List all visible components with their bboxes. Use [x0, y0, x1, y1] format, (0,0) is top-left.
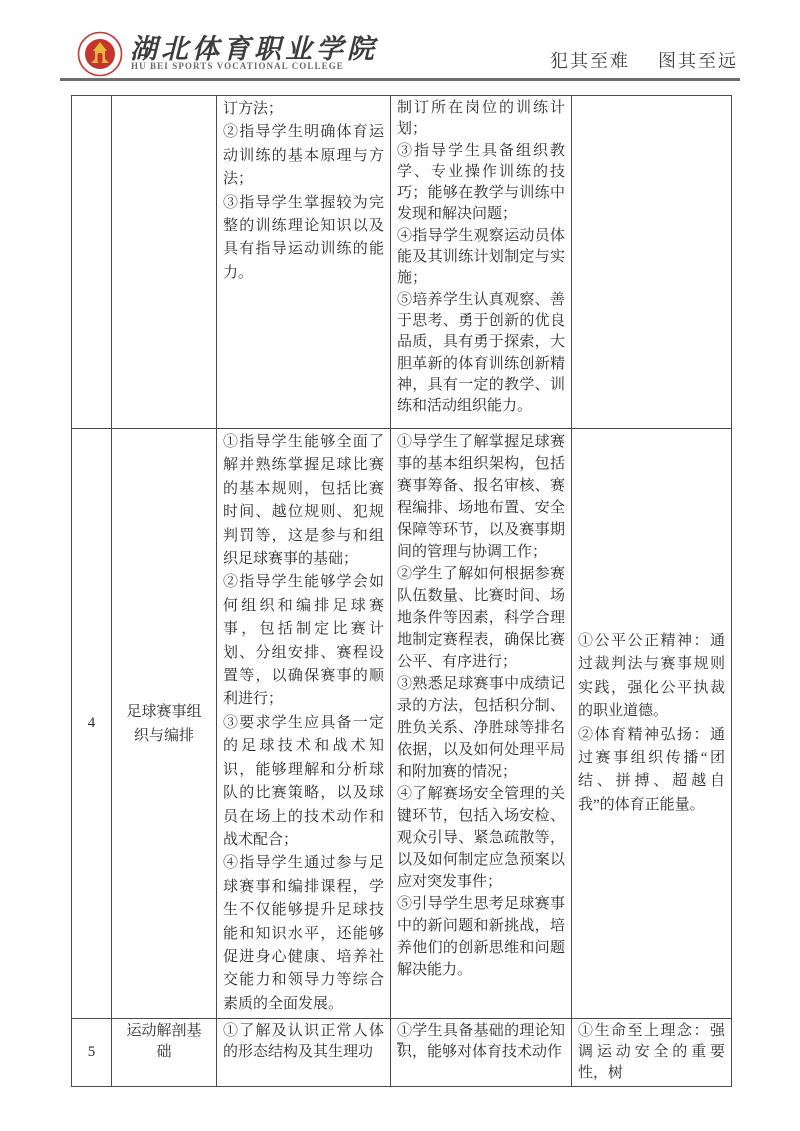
course-number-cell — [72, 96, 112, 429]
header-divider — [60, 78, 740, 81]
college-name-en: HU BEI SPORTS VOCATIONAL COLLEGE — [131, 61, 344, 71]
table-row-course-4: 4 足球赛事组织与编排 ①指导学生能够全面了解并熟练掌握足球比赛的基本规则，包括… — [72, 429, 732, 1019]
table-row-continuation: 订方法；②指导学生明确体育运动训练的基本原理与方法；③指导学生掌握较为完整的训练… — [72, 96, 732, 429]
values-cell: ①公平公正精神：通过裁判法与赛事规则实践，强化公平执裁的职业道德。②体育精神弘扬… — [572, 429, 732, 1019]
objectives-cell: ①指导学生能够全面了解并熟练掌握足球比赛的基本规则，包括比赛时间、越位规则、犯规… — [217, 429, 391, 1019]
college-seal-icon — [77, 31, 123, 77]
course-objectives-table: 订方法；②指导学生明确体育运动训练的基本原理与方法；③指导学生掌握较为完整的训练… — [71, 95, 732, 1087]
course-number-cell: 4 — [72, 429, 112, 1019]
requirements-cell: 制订所在岗位的训练计划；③指导学生具备组织教学、专业操作训练的技巧；能够在教学与… — [391, 96, 572, 429]
page-header: 湖北体育职业学院 HU BEI SPORTS VOCATIONAL COLLEG… — [0, 0, 800, 95]
requirements-cell: ①导学生了解掌握足球赛事的基本组织架构，包括赛事筹备、报名审核、赛程编排、场地布… — [391, 429, 572, 1019]
college-motto: 犯其至难图其至远 — [550, 47, 738, 73]
course-name-cell — [112, 96, 217, 429]
course-name-cell: 足球赛事组织与编排 — [112, 429, 217, 1019]
document-page: 湖北体育职业学院 HU BEI SPORTS VOCATIONAL COLLEG… — [0, 0, 800, 1131]
motto-part1: 犯其至难 — [550, 51, 630, 71]
page-number: 7 — [0, 1040, 800, 1057]
objectives-cell: 订方法；②指导学生明确体育运动训练的基本原理与方法；③指导学生掌握较为完整的训练… — [217, 96, 391, 429]
motto-part2: 图其至远 — [658, 51, 738, 71]
values-cell — [572, 96, 732, 429]
